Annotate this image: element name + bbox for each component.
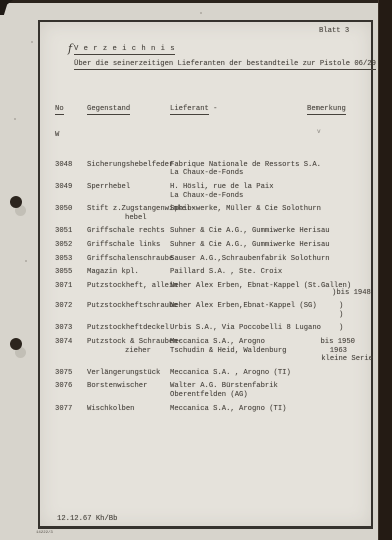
sheet-number: Blatt 3 xyxy=(319,27,349,36)
scan-background: { "page": { "blatt": "Blatt 3", "title_m… xyxy=(0,0,392,540)
table-row: 3075VerlängerungstückMeccanica S.A. , Ar… xyxy=(40,369,371,378)
stray-mark: v xyxy=(317,128,321,137)
row-supplier: Meccanica S.A. , Arogno (TI) xyxy=(170,369,307,378)
row-remark xyxy=(307,183,371,200)
speck xyxy=(14,118,16,120)
row-item: Stift z.Zugstangenwinkel-hebel xyxy=(87,205,170,222)
row-number: 3075 xyxy=(55,369,87,378)
row-supplier: Suhner & Cie A.G., Gummiwerke Herisau xyxy=(170,241,307,250)
table-row: 3073PutzstockheftdeckelUrbis S.A., Via P… xyxy=(40,324,371,333)
row-number: 3073 xyxy=(55,324,87,333)
row-remark xyxy=(307,405,371,414)
row-item: Magazin kpl. xyxy=(87,268,170,277)
table-row: 3049SperrhebelH. Hösli, rue de la PaixLa… xyxy=(40,183,371,200)
row-number: 3049 xyxy=(55,183,87,200)
row-item: Putzstockheftdeckel xyxy=(87,324,170,333)
row-remark xyxy=(307,255,371,264)
speck xyxy=(200,12,202,14)
row-supplier: Neher Alex Erben,Ebnat-Kappel (SG) xyxy=(170,302,307,319)
row-supplier: Sauser A.G.,Schraubenfabrik Solothurn xyxy=(170,255,307,264)
table-row: 3053GriffschalenschraubeSauser A.G.,Schr… xyxy=(40,255,371,264)
row-supplier: Meccanica S.A., Arogno (TI) xyxy=(170,405,307,414)
table-row: 3071Putzstockheft, alleinNeher Alex Erbe… xyxy=(40,282,371,298)
row-remark: bis 19501963kleine Serie xyxy=(307,338,371,364)
punch-hole-top xyxy=(10,196,22,208)
row-supplier: Paillard S.A. , Ste. Croix xyxy=(170,268,307,277)
row-remark xyxy=(307,205,371,222)
row-remark: ) xyxy=(307,324,371,333)
row-supplier: Meccanica S.A., ArognoTschudin & Heid, W… xyxy=(170,338,307,364)
document-page: Blatt 3 f V e r z e i c h n i s Über die… xyxy=(38,20,373,529)
column-header-no: No W xyxy=(55,88,87,157)
column-header-item: Gegenstand xyxy=(87,88,170,157)
row-remark: )) xyxy=(307,302,371,319)
row-remark xyxy=(307,369,371,378)
row-number: 3052 xyxy=(55,241,87,250)
page-title: V e r z e i c h n i s xyxy=(74,45,175,55)
row-number: 3074 xyxy=(55,338,87,364)
table-row: 3048SicherungshebelfederFabrique Nationa… xyxy=(40,161,371,178)
row-item: Griffschalenschraube xyxy=(87,255,170,264)
speck xyxy=(25,260,27,262)
row-number: 3076 xyxy=(55,382,87,399)
row-remark: )bis 1948 xyxy=(307,282,371,298)
row-item: Putzstock & Schrauben-zieher xyxy=(87,338,170,364)
row-number: 3071 xyxy=(55,282,87,298)
row-supplier: H. Hösli, rue de la PaixLa Chaux-de-Fond… xyxy=(170,183,307,200)
page-subtitle: Über die seinerzeitigen Lieferanten der … xyxy=(74,60,376,70)
row-supplier: Neher Alex Erben, Ebnat-Kappel (St.Galle… xyxy=(170,282,307,298)
punch-hole-bottom xyxy=(10,338,22,350)
supplier-table: No W Gegenstand Lieferant - Bemerkung 30… xyxy=(40,88,371,418)
row-supplier: Walter A.G. BürstenfabrikOberentfelden (… xyxy=(170,382,307,399)
pen-mark: f xyxy=(68,42,72,55)
row-number: 3051 xyxy=(55,227,87,236)
row-number: 3048 xyxy=(55,161,87,178)
row-remark xyxy=(307,241,371,250)
row-remark xyxy=(307,161,371,178)
table-row: 3051Griffschale rechtsSuhner & Cie A.G.,… xyxy=(40,227,371,236)
row-item: Verlängerungstück xyxy=(87,369,170,378)
row-remark xyxy=(307,268,371,277)
table-row: 3077WischkolbenMeccanica S.A., Arogno (T… xyxy=(40,405,371,414)
row-supplier: Urbis S.A., Via Poccobelli 8 Lugano xyxy=(170,324,307,333)
row-item: Griffschale links xyxy=(87,241,170,250)
row-number: 3077 xyxy=(55,405,87,414)
row-item: Sicherungshebelfeder xyxy=(87,161,170,178)
row-item: Borstenwischer xyxy=(87,382,170,399)
row-number: 3050 xyxy=(55,205,87,222)
table-row: 3072PutzstockheftschraubeNeher Alex Erbe… xyxy=(40,302,371,319)
row-remark xyxy=(307,382,371,399)
footer-date: 12.12.67 Kh/Bb xyxy=(57,515,117,524)
speck xyxy=(31,41,33,43)
table-row: 3076BorstenwischerWalter A.G. Bürstenfab… xyxy=(40,382,371,399)
row-item: Griffschale rechts xyxy=(87,227,170,236)
table-row: 3050Stift z.Zugstangenwinkel-hebelSphinx… xyxy=(40,205,371,222)
column-header-supplier: Lieferant - xyxy=(170,88,307,157)
scan-top-edge xyxy=(0,0,392,3)
table-header-row: No W Gegenstand Lieferant - Bemerkung xyxy=(40,88,371,157)
row-supplier: Fabrique Nationale de Ressorts S.A.La Ch… xyxy=(170,161,307,178)
column-header-remark: Bemerkung xyxy=(307,88,371,157)
table-row: 3055Magazin kpl.Paillard S.A. , Ste. Cro… xyxy=(40,268,371,277)
scan-right-edge xyxy=(378,0,392,540)
row-remark xyxy=(307,227,371,236)
row-supplier: Suhner & Cie A.G., Gummiwerke Herisau xyxy=(170,227,307,236)
row-number: 3055 xyxy=(55,268,87,277)
table-row: 3052Griffschale linksSuhner & Cie A.G., … xyxy=(40,241,371,250)
row-item: Putzstockheftschraube xyxy=(87,302,170,319)
row-item: Sperrhebel xyxy=(87,183,170,200)
table-row: 3074Putzstock & Schrauben-zieherMeccanic… xyxy=(40,338,371,364)
table-rows: 3048SicherungshebelfederFabrique Nationa… xyxy=(40,161,371,413)
row-supplier: Sphinxwerke, Müller & Cie Solothurn xyxy=(170,205,307,222)
row-number: 3072 xyxy=(55,302,87,319)
row-item: Wischkolben xyxy=(87,405,170,414)
row-number: 3053 xyxy=(55,255,87,264)
row-item: Putzstockheft, allein xyxy=(87,282,170,298)
print-code: 14222/3 xyxy=(36,530,53,535)
